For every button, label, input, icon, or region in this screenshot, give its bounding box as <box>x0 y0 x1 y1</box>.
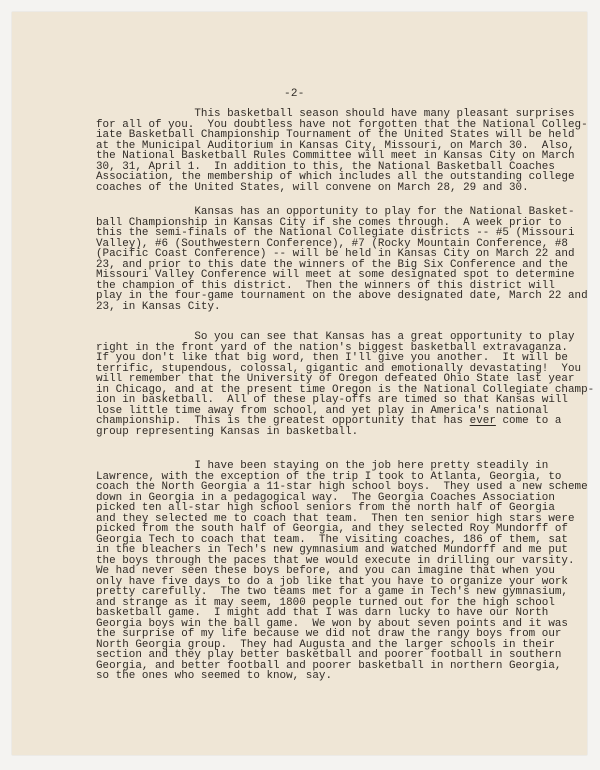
underlined-word: ever <box>470 415 496 427</box>
text-segment: come to a <box>496 415 562 427</box>
page-number: -2- <box>284 88 305 100</box>
text-line: group representing Kansas in basketball. <box>96 427 358 438</box>
text-line: coaches of the United States, will conve… <box>96 183 529 194</box>
text-line: 23, in Kansas City. <box>96 302 221 313</box>
text-line: so the ones who seemed to know, say. <box>96 671 332 682</box>
